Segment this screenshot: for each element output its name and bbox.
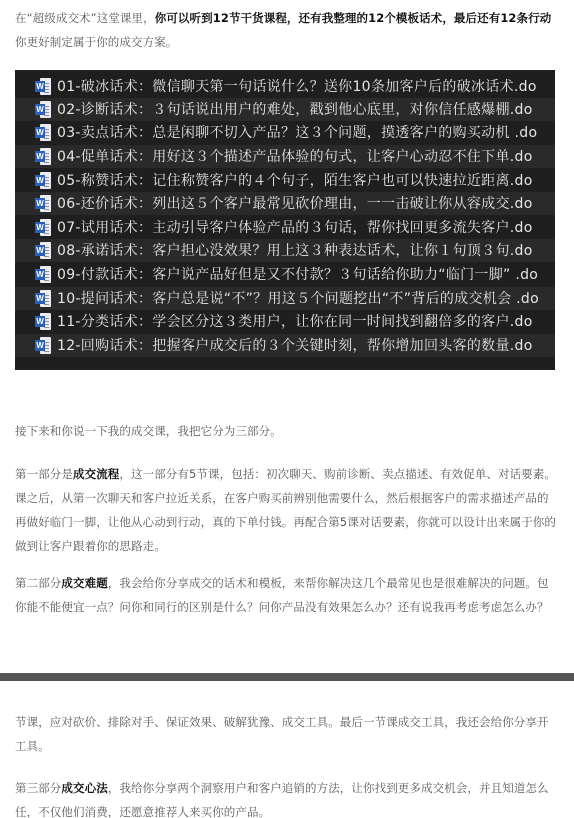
- intro-paragraph: 在“超级成交术”这堂课里，你可以听到12节干货课程，还有我整理的12个模板话术，…: [15, 6, 574, 54]
- file-row: W08-承诺话术：客户担心没效果？用上这３种表达话术，让你１句顶３句.do: [15, 239, 555, 262]
- file-row: W12-回购话术：把握客户成交后的３个关键时刻，帮你增加回头客的数量.do: [15, 334, 555, 357]
- file-row: W05-称赞话术：记住称赞客户的４个句子，陌生客户也可以快速拉近距离.do: [15, 169, 555, 192]
- file-row: W02-诊断话术：３句话说出用户的难处，戳到他心底里，对你信任感爆棚.do: [15, 98, 555, 121]
- section-intro: 接下来和你说一下我的成交课，我把它分为三部分。: [15, 419, 574, 443]
- word-document-icon: W: [35, 219, 51, 236]
- intro-bold-text: 你可以听到12节干货课程，还有我整理的12个模板话术，最后还有12条行动: [155, 11, 552, 25]
- word-document-icon: W: [35, 172, 51, 189]
- part2-continued: 节课，应对砍价、排除对手、保证效果、破解犹豫、成交工具。最后一节课成交工具，我还…: [15, 710, 574, 758]
- part3-paragraph: 第三部分成交心法，我给你分享两个洞察用户和客户追销的方法，让你找到更多成交机会，…: [15, 776, 574, 818]
- file-row: W01-破冰话术：微信聊天第一句话说什么？送你10条加客户后的破冰话术.do: [15, 75, 555, 98]
- word-document-icon: W: [35, 242, 51, 259]
- intro-line-1: 在“超级成交术”这堂课里，你可以听到12节干货课程，还有我整理的12个模板话术，…: [15, 6, 574, 30]
- file-row: W03-卖点话术：总是闲聊不切入产品？这３个问题，摸透客户的购买动机 .do: [15, 121, 555, 144]
- part3-title: 成交心法: [61, 781, 107, 795]
- part2-paragraph: 第二部分成交难题，我会给你分享成交的话术和模板，来帮你解决这几个最常见也是很难解…: [15, 571, 574, 619]
- word-document-icon: W: [35, 148, 51, 165]
- word-document-icon: W: [35, 78, 51, 95]
- word-document-icon: W: [35, 313, 51, 330]
- file-row: W07-试用话术：主动引导客户体验产品的３句话，帮你找回更多流失客户.do: [15, 216, 555, 239]
- page-divider: [0, 673, 574, 681]
- file-row: W09-付款话术：客户说产品好但是又不付款？３句话给你助力“临门一脚” .do: [15, 263, 555, 286]
- file-row: W11-分类话术：学会区分这３类用户，让你在同一时间找到翻倍多的客户.do: [15, 310, 555, 333]
- part2-title: 成交难题: [61, 576, 107, 590]
- intro-line-2: 你更好制定属于你的成交方案。: [15, 30, 574, 54]
- word-document-icon: W: [35, 101, 51, 118]
- word-document-icon: W: [35, 195, 51, 212]
- file-row: W06-还价话术：列出这５个客户最常见砍价理由，一一击破让你从容成交.do: [15, 192, 555, 215]
- file-row: W04-促单话术：用好这３个描述产品体验的句式，让客户心动忍不住下单.do: [15, 145, 555, 168]
- word-document-icon: W: [35, 124, 51, 141]
- file-list-screenshot: W01-破冰话术：微信聊天第一句话说什么？送你10条加客户后的破冰话术.do W…: [15, 70, 555, 370]
- part1-title: 成交流程: [73, 467, 119, 481]
- word-document-icon: W: [35, 290, 51, 307]
- file-row: W10-提问话术：客户总是说“不”？用这５个问题挖出“不”背后的成交机会 .do: [15, 287, 555, 310]
- word-document-icon: W: [35, 337, 51, 354]
- part1-paragraph: 第一部分是成交流程，这一部分有5节课，包括：初次聊天、购前诊断、卖点描述、有效促…: [15, 462, 574, 558]
- word-document-icon: W: [35, 266, 51, 283]
